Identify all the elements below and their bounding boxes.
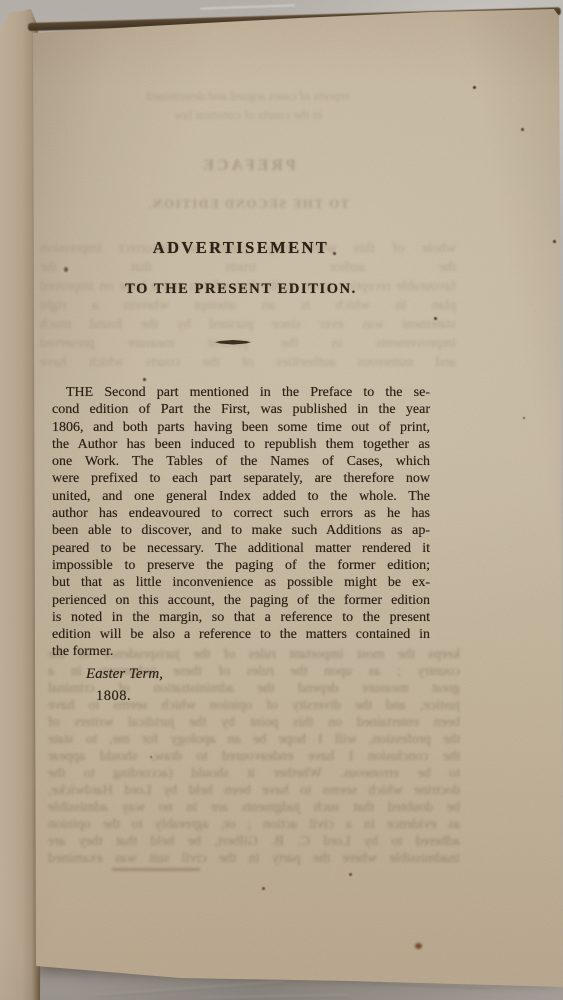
paragraph-line: THE Second part mentioned in the Preface… <box>52 384 430 401</box>
section-rule <box>215 340 251 345</box>
edition-subheading: TO THE PRESENT EDITION. <box>52 281 430 298</box>
paragraph-line: perienced on this account, the paging of… <box>52 592 430 609</box>
advertisement-paragraph: THE Second part mentioned in the Preface… <box>52 384 430 661</box>
book-photo-scene: reports of cases argued and determined i… <box>0 0 563 1000</box>
surface-scratch <box>200 4 295 9</box>
paragraph-line: impossible to preserve the paging of the… <box>52 557 430 574</box>
paragraph-line: united, and one general Index added to t… <box>52 488 430 505</box>
paragraph-line: but that as little inconvenience as poss… <box>52 574 430 591</box>
book-page: reports of cases argued and determined i… <box>0 0 563 1000</box>
signature-term: Easter Term, <box>86 666 163 683</box>
paragraph-line: were prefixed to each part separately, a… <box>52 470 430 487</box>
paragraph-line: the Author has been induced to republish… <box>52 436 430 453</box>
paragraph-line: one Work. The Tables of the Names of Cas… <box>52 453 430 470</box>
paragraph-line: cond edition of Part the First, was publ… <box>52 401 430 418</box>
paragraph-line: edition will be also a reference to the … <box>52 626 430 643</box>
surface-wrinkle <box>95 981 285 996</box>
paragraph-line: peared to be necessary. The additional m… <box>52 540 430 557</box>
paragraph-line: is noted in the margin, so that a refere… <box>52 609 430 626</box>
paragraph-line: been able to discover, and to make such … <box>52 522 430 539</box>
paragraph-line: author has endeavoured to correct such e… <box>52 505 430 522</box>
surface-wrinkle <box>200 995 350 1000</box>
advertisement-heading: ADVERTISEMENT <box>52 238 430 258</box>
page-content: ADVERTISEMENT TO THE PRESENT EDITION. TH… <box>0 0 563 1000</box>
paragraph-line: the former. <box>52 643 430 660</box>
paragraph-line: 1806, and both parts having been some ti… <box>52 419 430 436</box>
signature-year: 1808. <box>96 688 131 705</box>
